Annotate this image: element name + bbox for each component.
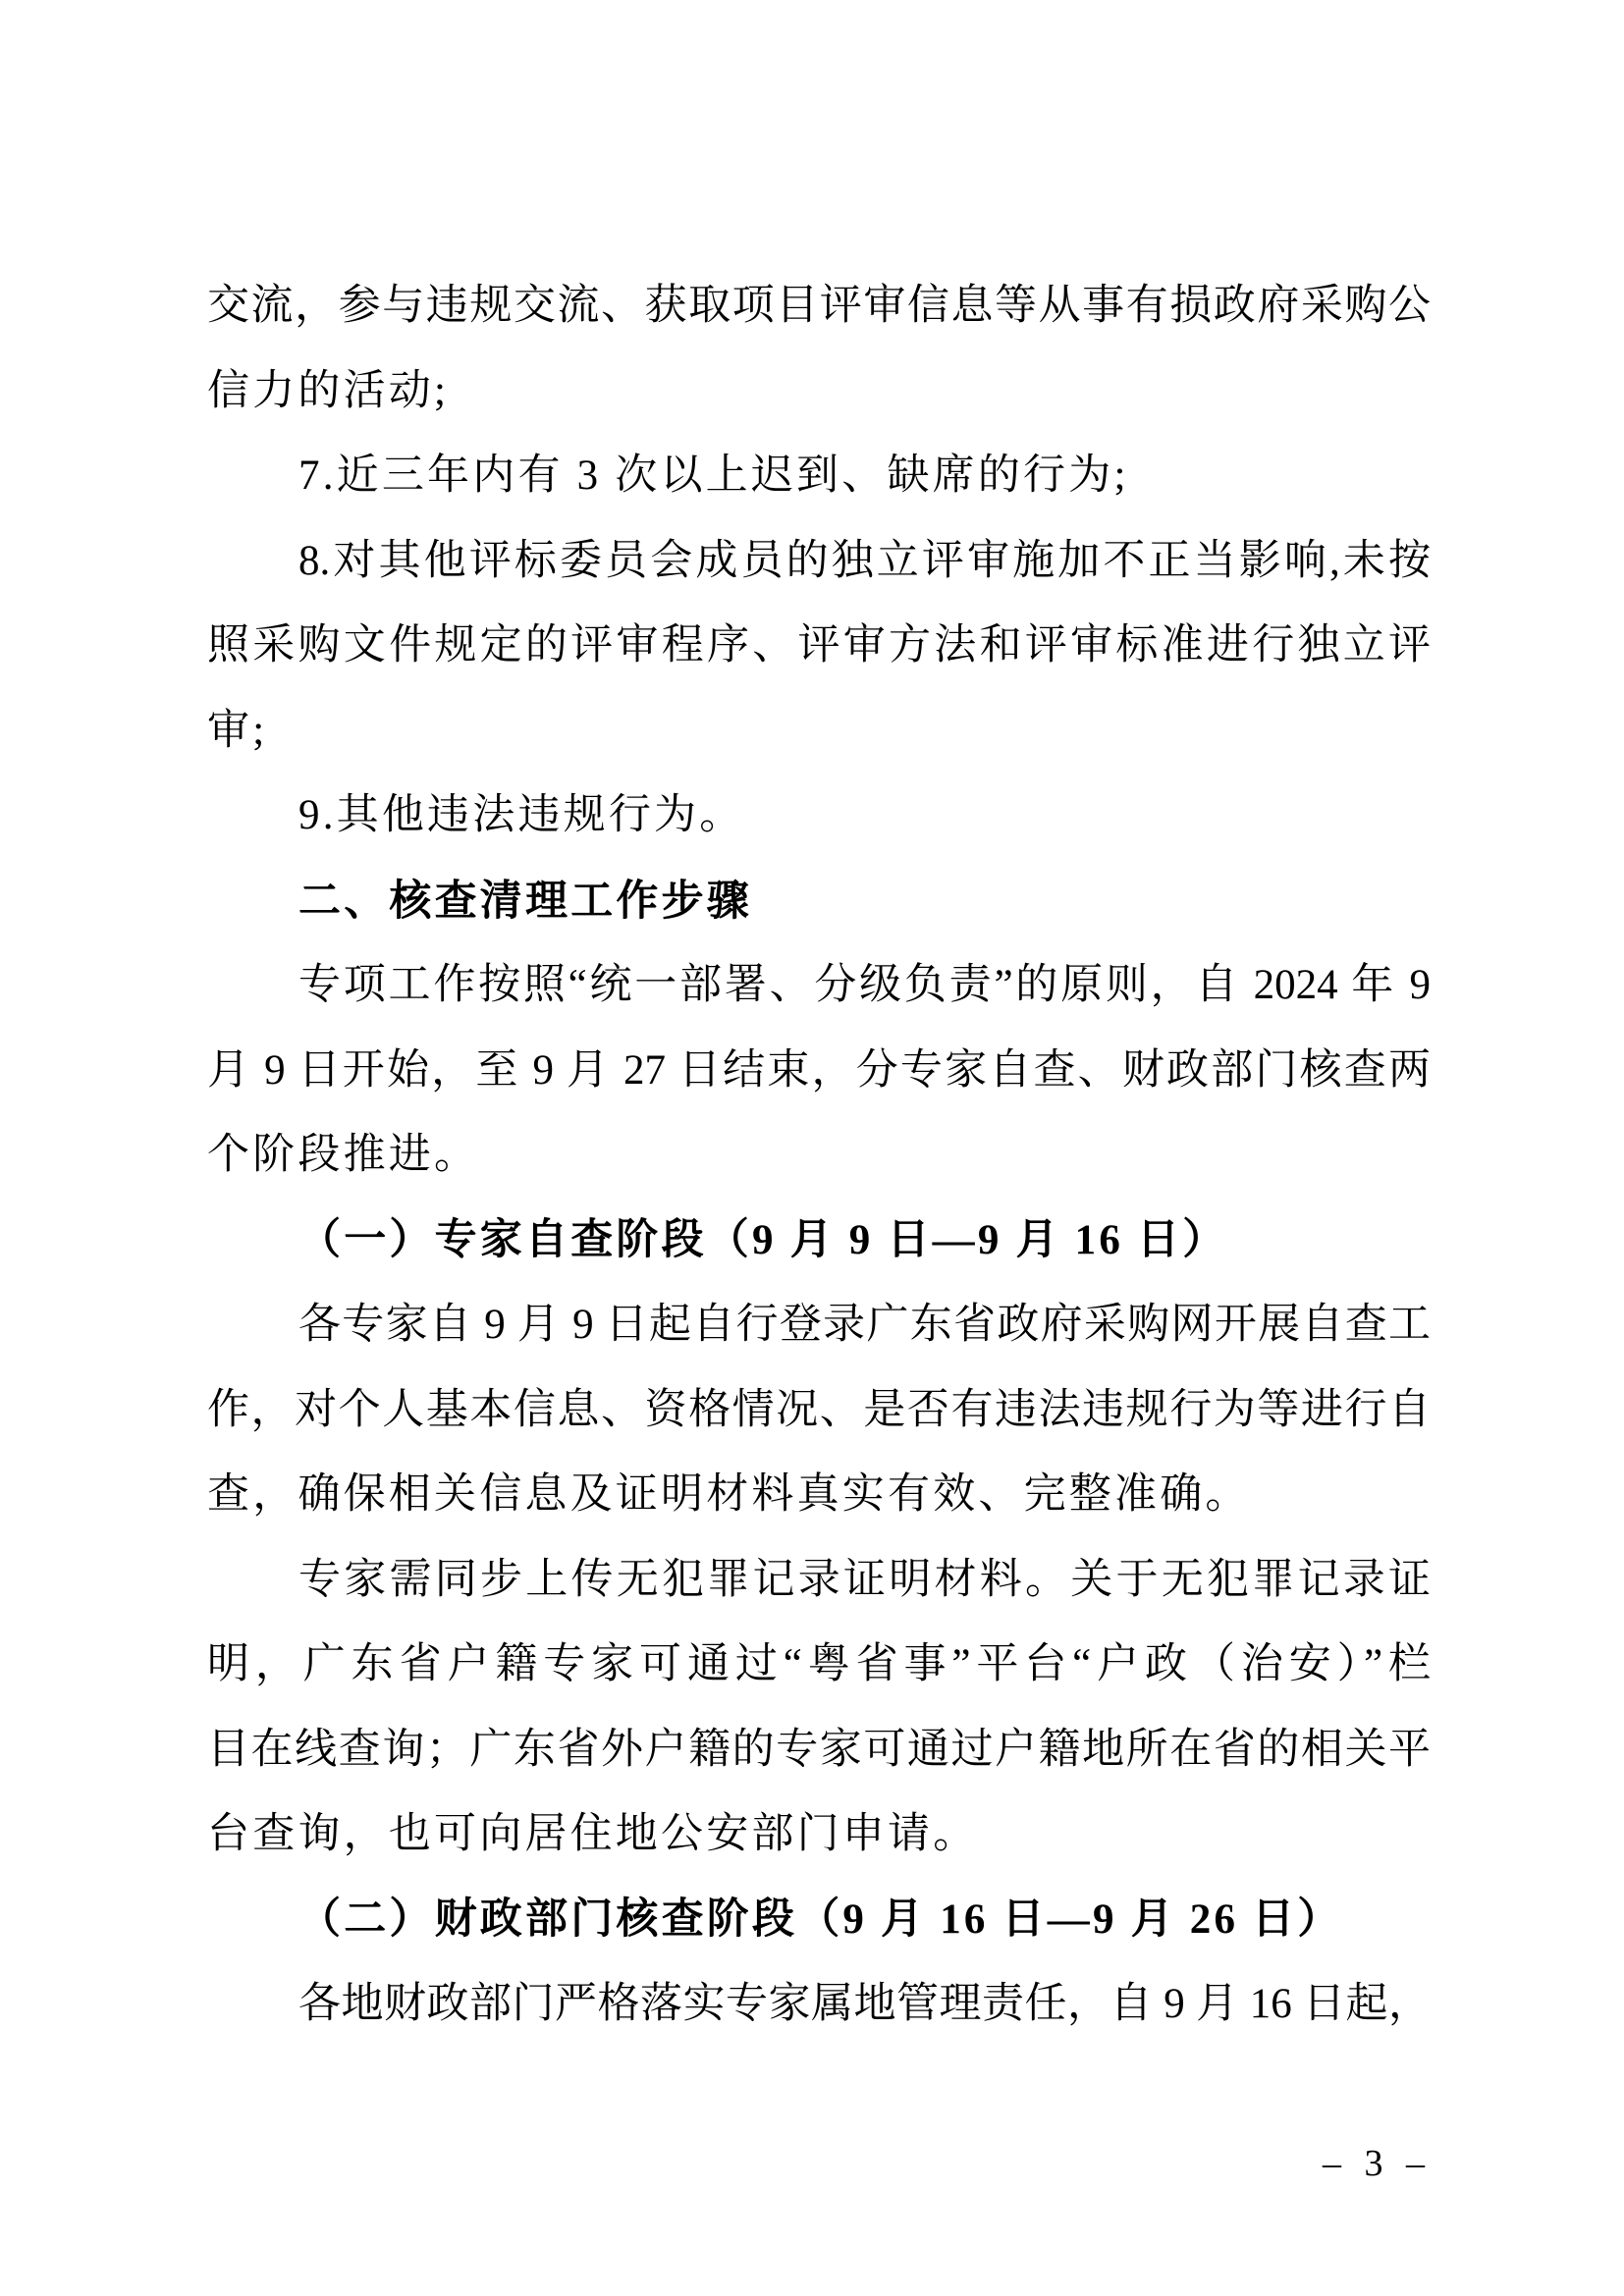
document-line: 照采购文件规定的评审程序、评审方法和评审标准进行独立评 [207, 604, 1431, 689]
document-line: 查，确保相关信息及证明材料真实有效、完整准确。 [207, 1453, 1431, 1538]
document-line: 7.近三年内有 3 次以上迟到、缺席的行为; [207, 434, 1431, 519]
document-line: 个阶段推进。 [207, 1113, 1431, 1199]
document-line: 各专家自 9 月 9 日起自行登录广东省政府采购网开展自查工 [207, 1283, 1431, 1368]
document-line: 专家需同步上传无犯罪记录证明材料。关于无犯罪记录证 [207, 1538, 1431, 1624]
document-body: 交流，参与违规交流、获取项目评审信息等从事有损政府采购公信力的活动;7.近三年内… [207, 264, 1431, 2048]
document-line: 明，广东省户籍专家可通过“粤省事”平台“户政（治安）”栏 [207, 1623, 1431, 1708]
page-number: – 3 – [1323, 2142, 1432, 2185]
document-line: 信力的活动; [207, 349, 1431, 435]
document-line: 专项工作按照“统一部署、分级负责”的原则，自 2024 年 9 [207, 943, 1431, 1029]
document-line: 各地财政部门严格落实专家属地管理责任，自 9 月 16 日起， [207, 1962, 1431, 2048]
document-line: 台查询，也可向居住地公安部门申请。 [207, 1792, 1431, 1878]
document-line: 交流，参与违规交流、获取项目评审信息等从事有损政府采购公 [207, 264, 1431, 349]
document-heading: （二）财政部门核查阶段（9 月 16 日—9 月 26 日） [207, 1878, 1431, 1963]
document-line: 审; [207, 689, 1431, 774]
document-heading: 二、核查清理工作步骤 [207, 859, 1431, 944]
document-heading: （一）专家自查阶段（9 月 9 日—9 月 16 日） [207, 1199, 1431, 1284]
document-line: 8.对其他评标委员会成员的独立评审施加不正当影响,未按 [207, 519, 1431, 605]
document-page: 交流，参与违规交流、获取项目评审信息等从事有损政府采购公信力的活动;7.近三年内… [0, 0, 1624, 2296]
document-line: 9.其他违法违规行为。 [207, 774, 1431, 859]
document-line: 月 9 日开始，至 9 月 27 日结束，分专家自查、财政部门核查两 [207, 1029, 1431, 1114]
document-line: 作，对个人基本信息、资格情况、是否有违法违规行为等进行自 [207, 1368, 1431, 1454]
document-line: 目在线查询；广东省外户籍的专家可通过户籍地所在省的相关平 [207, 1708, 1431, 1793]
